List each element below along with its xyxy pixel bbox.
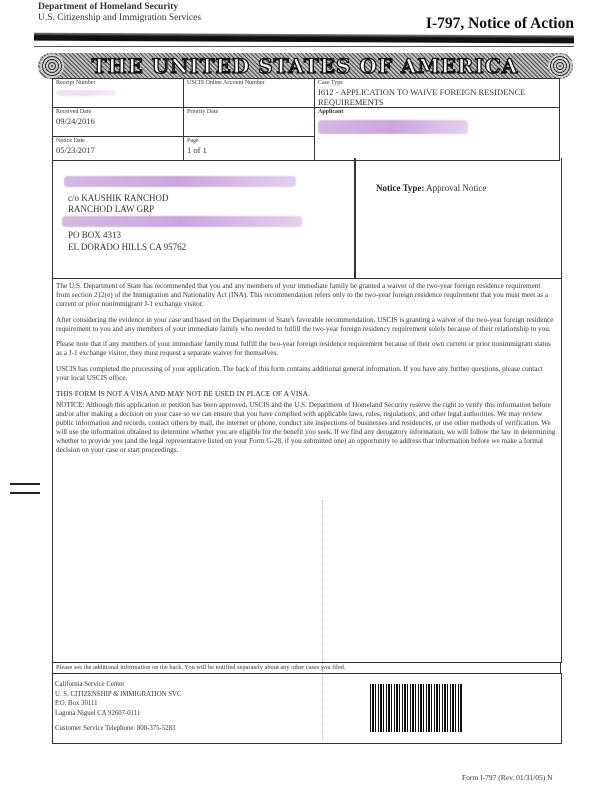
- applicant-cell: Applicant: [315, 108, 560, 161]
- form-title: I-797, Notice of Action: [426, 15, 574, 33]
- department-name: Department of Homeland Security: [38, 2, 201, 13]
- service-center-address: California Service Center U. S. CITIZENS…: [55, 680, 181, 734]
- notice-body: The U.S. Department of State has recomme…: [56, 282, 556, 462]
- margin-mark: [10, 483, 40, 485]
- agency-header: Department of Homeland Security U.S. Cit…: [38, 2, 201, 24]
- case-info-table: Receipt Number USCIS Online Account Numb…: [52, 78, 560, 161]
- body-paragraph: After considering the evidence in your c…: [56, 316, 556, 334]
- received-date-cell: Received Date 09/24/2016: [53, 108, 184, 137]
- online-account-cell: USCIS Online Account Number: [184, 79, 315, 108]
- notice-type: Notice Type: Approval Notice: [376, 183, 486, 193]
- agency-name: U.S. Citizenship and Immigration Service…: [38, 13, 201, 24]
- page-cell: Page 1 of 1: [184, 137, 315, 161]
- notice-date-cell: Notice Date 05/23/2017: [53, 137, 184, 161]
- header-rule: [34, 33, 574, 44]
- body-paragraph: The U.S. Department of State has recomme…: [56, 282, 556, 309]
- customer-service-phone: Customer Service Telephone: 800-375-5283: [55, 724, 181, 734]
- header-rule-thin: [34, 46, 574, 47]
- body-paragraph: Please note that if any members of your …: [56, 340, 556, 358]
- receipt-number-cell: Receipt Number: [53, 79, 184, 108]
- priority-date-cell: Priority Date: [184, 108, 315, 137]
- notice-type-box: [354, 158, 562, 279]
- body-paragraph: USCIS has completed the processing of yo…: [56, 365, 556, 383]
- case-type-cell: Case Type I612 - APPLICATION TO WAIVE FO…: [315, 79, 560, 108]
- margin-mark: [10, 492, 40, 494]
- ornament-icon: [40, 54, 64, 78]
- visa-warning: THIS FORM IS NOT A VISA AND MAY NOT BE U…: [56, 389, 556, 398]
- form-revision: Form I-797 (Rev. 01/31/05) N: [462, 773, 553, 782]
- banner-title: THE UNITED STATES OF AMERICA: [70, 53, 540, 79]
- barcode: [370, 684, 462, 732]
- redacted-receipt: [56, 90, 116, 96]
- redacted-applicant: [318, 120, 468, 134]
- redacted-name: [64, 176, 296, 187]
- redacted-address: [62, 216, 302, 227]
- mailing-address: c/o KAUSHIK RANCHOD RANCHOD LAW GRP PO B…: [68, 176, 302, 253]
- ornament-icon: [548, 54, 572, 78]
- verification-notice: NOTICE: Although this application or pet…: [56, 401, 556, 455]
